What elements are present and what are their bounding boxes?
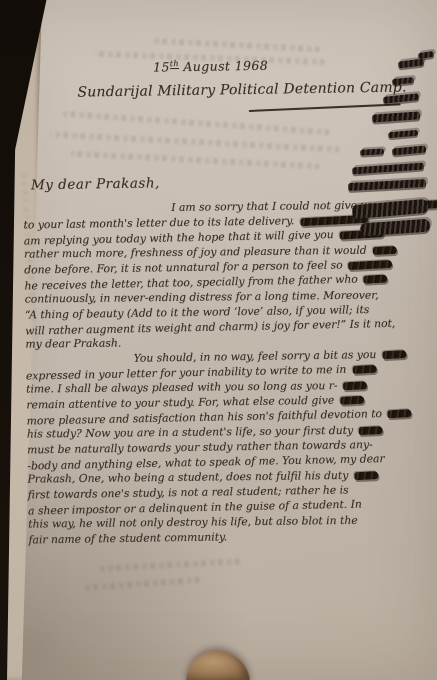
salutation: My dear Prakash, <box>31 175 160 193</box>
ink-scribble <box>382 350 406 359</box>
ink-scribble <box>352 365 376 374</box>
letter-line-text: my dear Prakash. <box>25 336 121 350</box>
location-underline <box>249 103 401 111</box>
letter-line-text: time. I shall be always pleased with you… <box>26 379 338 396</box>
ink-scribble <box>340 396 364 405</box>
ink-scribble <box>354 471 378 480</box>
date-ordinal: th <box>170 59 179 69</box>
ink-scribble <box>364 274 388 283</box>
letter-body: I am so sorry that I could not give yout… <box>23 196 437 547</box>
letter-line-text: rather much more, freshness of joy and p… <box>24 244 367 261</box>
letter-location: Sundarijal Military Political Detention … <box>77 79 406 100</box>
letter-line-text: continuously, in never-ending distress f… <box>25 289 379 306</box>
letter-line-text: Prakash, One, who being a student, does … <box>27 469 348 486</box>
letter-date: 15th August 1968 <box>153 58 268 75</box>
ink-scribble <box>388 409 412 418</box>
ink-scribble <box>372 246 396 255</box>
date-day: 15 <box>153 59 170 74</box>
letter-line-text: fair name of the student community. <box>28 530 227 546</box>
ink-scribble <box>348 260 392 270</box>
letter-line-text: his study? Now you are in a student's li… <box>27 424 353 441</box>
letter-line-text: this way, he will not only destroy his l… <box>28 514 358 531</box>
ink-scribble <box>359 426 383 435</box>
letter-line-text: I am so sorry that I could not give you <box>171 198 380 213</box>
photograph-of-letter: 15th August 1968 Sundarijal Military Pol… <box>0 0 437 680</box>
margin-annotation <box>360 148 384 155</box>
date-rest: August 1968 <box>179 58 268 74</box>
ink-scribble <box>343 381 367 390</box>
